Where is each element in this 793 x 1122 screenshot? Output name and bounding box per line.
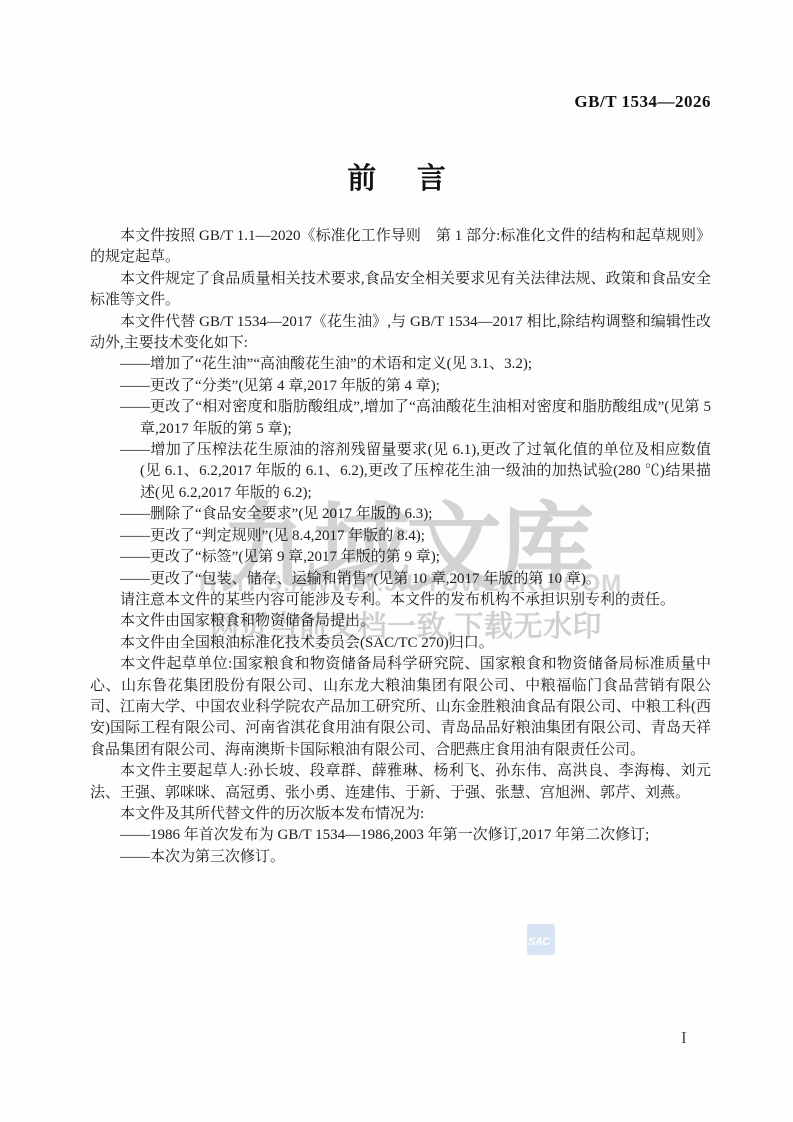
foreword-title: 前言 xyxy=(0,156,793,197)
paragraph: 本文件按照 GB/T 1.1—2020《标准化工作导则 第 1 部分:标准化文件… xyxy=(90,226,711,269)
sac-logo-icon: SAC xyxy=(527,924,555,955)
paragraph: 本文件由全国粮油标准化技术委员会(SAC/TC 270)归口。 xyxy=(90,633,711,654)
bullet-item: ——更改了“包装、储存、运输和销售”(见第 10 章,2017 年版的第 10 … xyxy=(90,569,711,590)
paragraph: 本文件规定了食品质量相关技术要求,食品安全相关要求见有关法律法规、政策和食品安全… xyxy=(90,269,711,312)
bullet-item: ——增加了压榨法花生原油的溶剂残留量要求(见 6.1),更改了过氧化值的单位及相… xyxy=(90,440,711,504)
paragraph: 本文件由国家粮食和物资储备局提出。 xyxy=(90,611,711,632)
bullet-item: ——删除了“食品安全要求”(见 2017 年版的 6.3); xyxy=(90,504,711,525)
bullet-item: ——本次为第三次修订。 xyxy=(90,847,711,868)
sac-logo-label: SAC xyxy=(527,936,551,955)
bullet-item: ——增加了“花生油”“高油酸花生油”的术语和定义(见 3.1、3.2); xyxy=(90,354,711,375)
paragraph: 本文件及其所代替文件的历次版本发布情况为: xyxy=(90,804,711,825)
header-doc-number: GB/T 1534—2026 xyxy=(574,92,711,112)
paragraph: 本文件主要起草人:孙长坡、段章群、薛雅琳、杨利飞、孙东伟、高洪良、李海梅、刘元法… xyxy=(90,761,711,804)
paragraph: 请注意本文件的某些内容可能涉及专利。本文件的发布机构不承担识别专利的责任。 xyxy=(90,590,711,611)
page-number: I xyxy=(681,1028,687,1048)
bullet-item: ——更改了“判定规则”(见 8.4,2017 年版的 8.4); xyxy=(90,526,711,547)
bullet-item: ——更改了“标签”(见第 9 章,2017 年版的第 9 章); xyxy=(90,547,711,568)
foreword-title-text: 前言 xyxy=(347,163,486,195)
paragraph: 本文件代替 GB/T 1534—2017《花生油》,与 GB/T 1534—20… xyxy=(90,312,711,355)
paragraph: 本文件起草单位:国家粮食和物资储备局科学研究院、国家粮食和物资储备局标准质量中心… xyxy=(90,654,711,761)
document-page: 九域文库 HTTPS://WWW.JIUYUWENKU.COM 网页当前文档一致… xyxy=(0,0,793,1122)
bullet-item: ——更改了“分类”(见第 4 章,2017 年版的第 4 章); xyxy=(90,376,711,397)
foreword-body: 本文件按照 GB/T 1.1—2020《标准化工作导则 第 1 部分:标准化文件… xyxy=(90,226,711,868)
bullet-item: ——1986 年首次发布为 GB/T 1534—1986,2003 年第一次修订… xyxy=(90,825,711,846)
bullet-item: ——更改了“相对密度和脂肪酸组成”,增加了“高油酸花生油相对密度和脂肪酸组成”(… xyxy=(90,397,711,440)
